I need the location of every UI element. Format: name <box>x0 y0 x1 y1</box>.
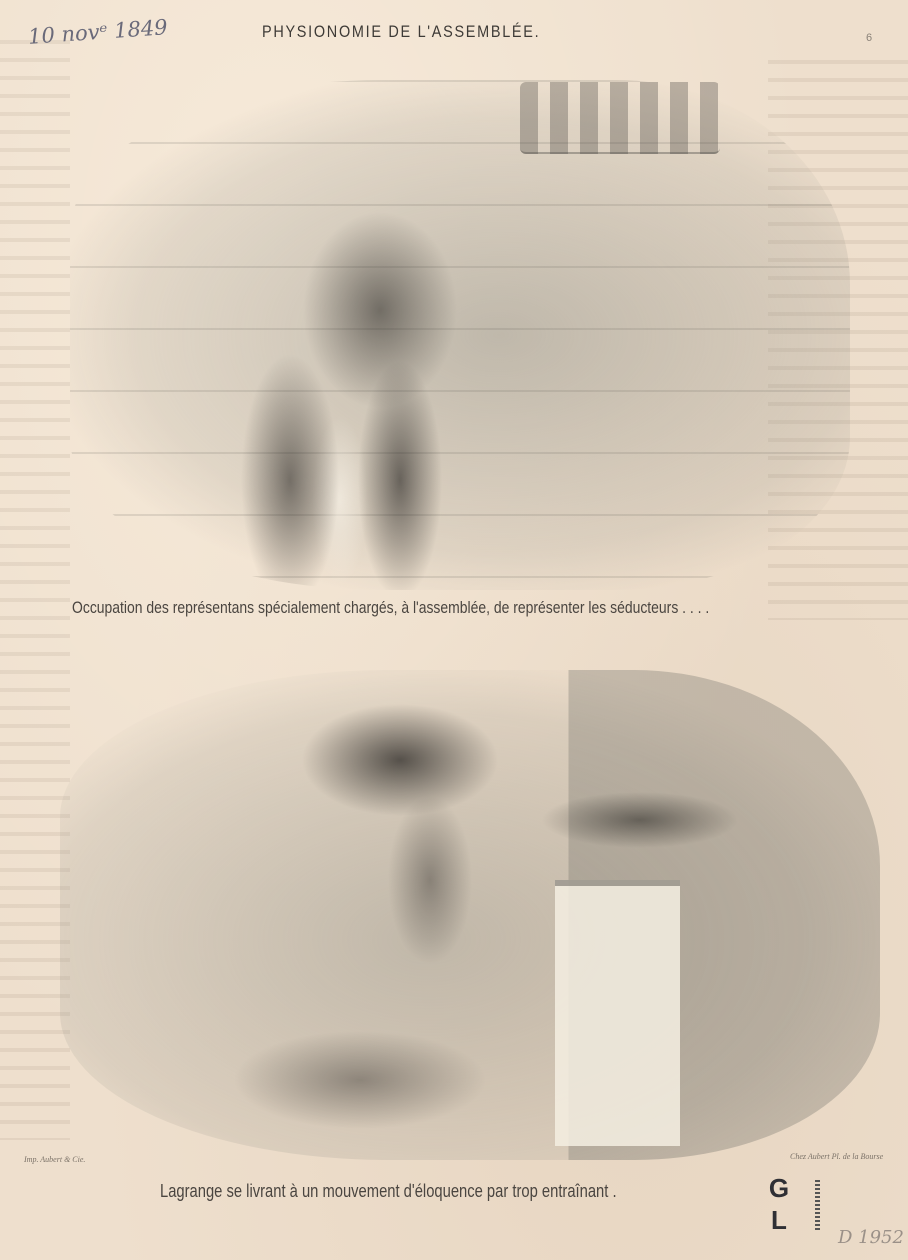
publisher-imprint: Chez Aubert Pl. de la Bourse <box>790 1152 883 1161</box>
series-title: PHYSIONOMIE DE L'ASSEMBLÉE. <box>262 22 540 42</box>
collection-stamp: G L <box>766 1172 792 1236</box>
gallery-spectators <box>520 82 720 154</box>
stamp-letter-l: L <box>766 1204 792 1236</box>
caption-bottom: Lagrange se livrant à un mouvement d'élo… <box>160 1181 617 1202</box>
illustration-bottom <box>60 670 880 1160</box>
stamp-letter-g: G <box>766 1172 792 1204</box>
plate-number: 6 <box>866 32 872 44</box>
inventory-mark: D 1952 <box>838 1227 904 1248</box>
tribune-podium <box>555 880 680 1146</box>
caption-top: Occupation des représentans spécialement… <box>72 598 709 618</box>
printer-imprint: Imp. Aubert & Cie. <box>24 1155 85 1164</box>
illustration-top <box>70 80 850 590</box>
stamp-perforation <box>815 1180 820 1230</box>
